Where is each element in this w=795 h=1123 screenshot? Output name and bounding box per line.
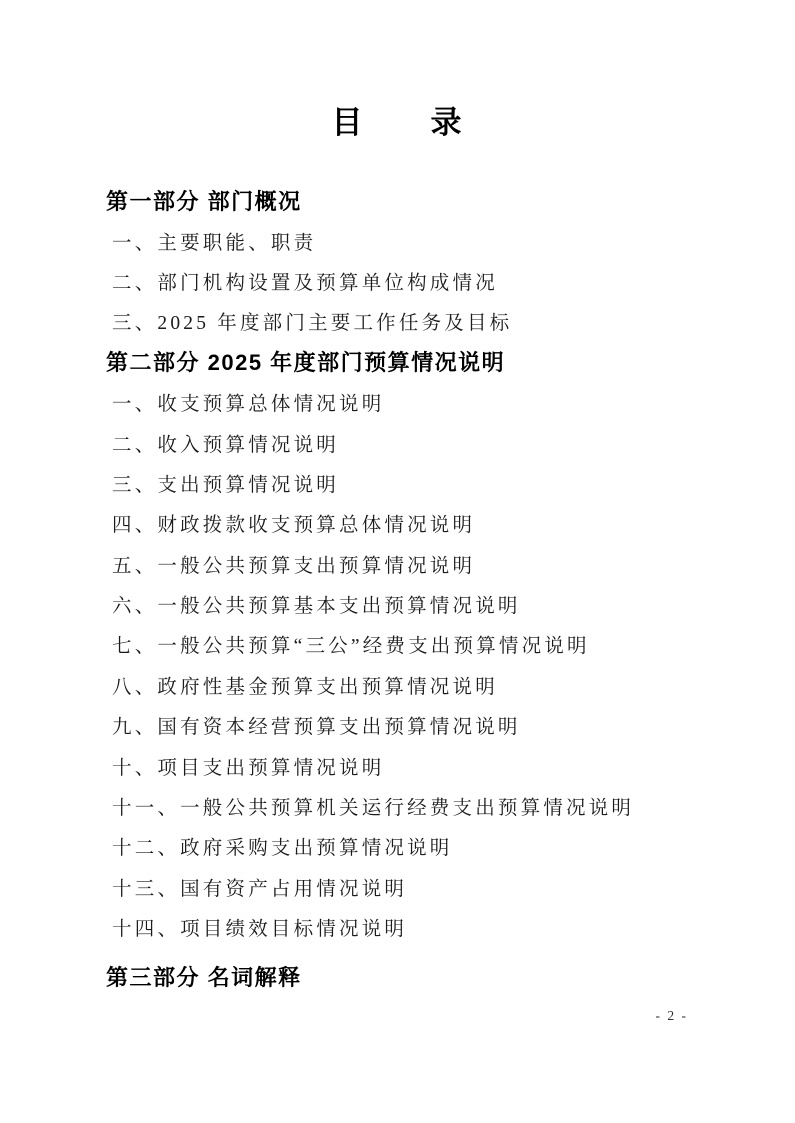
toc-section-heading: 第二部分 2025 年度部门预算情况说明: [106, 346, 505, 377]
toc-row: 一、收支预算总体情况说明: [106, 382, 745, 422]
toc-item: 七、一般公共预算“三公”经费支出预算情况说明: [106, 630, 590, 658]
toc-row: 十三、国有资产占用情况说明: [106, 867, 745, 907]
toc-section-3: 第三部分 名词解释: [106, 956, 745, 996]
toc-row: 六、一般公共预算基本支出预算情况说明: [106, 584, 745, 624]
toc-row: 十、项目支出预算情况说明: [106, 745, 745, 785]
toc-item: 八、政府性基金预算支出预算情况说明: [106, 671, 498, 699]
toc-row: 十一、一般公共预算机关运行经费支出预算情况说明: [106, 786, 745, 826]
toc-section-heading: 第一部分 部门概况: [106, 185, 302, 216]
toc-item: 三、2025 年度部门主要工作任务及目标: [106, 307, 512, 335]
toc-item: 十二、政府采购支出预算情况说明: [106, 832, 453, 860]
toc-item: 二、部门机构设置及预算单位构成情况: [106, 267, 498, 295]
toc-item: 一、主要职能、职责: [106, 227, 316, 255]
toc-section-heading: 第三部分 名词解释: [106, 961, 302, 992]
toc-section-2: 第二部分 2025 年度部门预算情况说明: [106, 342, 745, 382]
toc-item: 三、支出预算情况说明: [106, 469, 339, 497]
toc-item: 十四、项目绩效目标情况说明: [106, 913, 407, 941]
toc-row: 四、财政拨款收支预算总体情况说明: [106, 503, 745, 543]
toc-item: 五、一般公共预算支出预算情况说明: [106, 550, 475, 578]
toc-row: 八、政府性基金预算支出预算情况说明: [106, 665, 745, 705]
toc-section-1: 第一部分 部门概况: [106, 180, 745, 220]
toc-row: 十四、项目绩效目标情况说明: [106, 907, 745, 947]
toc-row: 一、主要职能、职责: [106, 220, 745, 260]
toc-item: 四、财政拨款收支预算总体情况说明: [106, 509, 475, 537]
toc-item: 一、收支预算总体情况说明: [106, 388, 384, 416]
toc-item: 十、项目支出预算情况说明: [106, 752, 384, 780]
toc-row: 三、2025 年度部门主要工作任务及目标: [106, 301, 745, 341]
document-page: 目 录 第一部分 部门概况 一、主要职能、职责 二、部门机构设置及预算单位构成情…: [0, 0, 795, 1123]
table-of-contents: 第一部分 部门概况 一、主要职能、职责 二、部门机构设置及预算单位构成情况 三、…: [0, 180, 795, 997]
toc-item: 九、国有资本经营预算支出预算情况说明: [106, 711, 521, 739]
toc-row: 二、部门机构设置及预算单位构成情况: [106, 261, 745, 301]
toc-row: 二、收入预算情况说明: [106, 422, 745, 462]
toc-row: 五、一般公共预算支出预算情况说明: [106, 544, 745, 584]
toc-row: 七、一般公共预算“三公”经费支出预算情况说明: [106, 624, 745, 664]
toc-row: 三、支出预算情况说明: [106, 463, 745, 503]
toc-item: 十三、国有资产占用情况说明: [106, 873, 407, 901]
toc-item: 二、收入预算情况说明: [106, 429, 339, 457]
toc-row: 十二、政府采购支出预算情况说明: [106, 826, 745, 866]
toc-item: 六、一般公共预算基本支出预算情况说明: [106, 590, 521, 618]
toc-item: 十一、一般公共预算机关运行经费支出预算情况说明: [106, 792, 634, 820]
toc-row: 九、国有资本经营预算支出预算情况说明: [106, 705, 745, 745]
page-number: - 2 -: [656, 1008, 689, 1024]
page-title: 目 录: [0, 0, 795, 143]
